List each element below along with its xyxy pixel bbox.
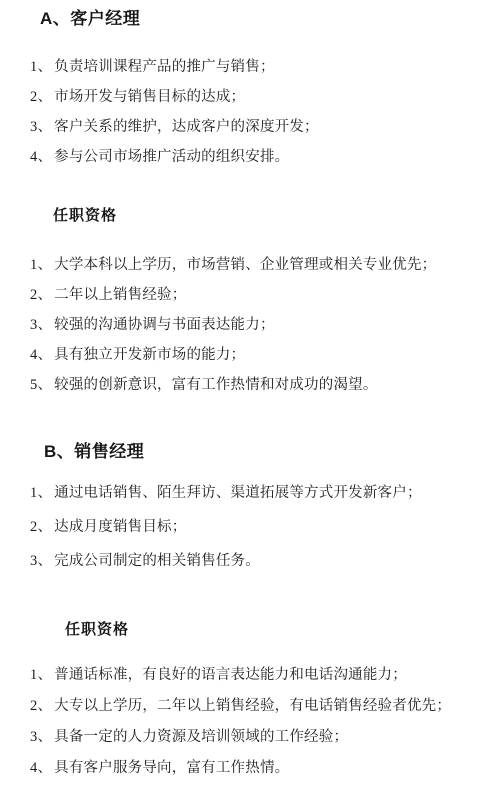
item-text: 达成月度销售目标； — [54, 510, 186, 544]
item-text: 参与公司市场推广活动的组织安排。 — [54, 142, 289, 172]
list-item: 3、 完成公司制定的相关销售任务。 — [30, 544, 478, 578]
item-text: 客户关系的维护，达成客户的深度开发； — [54, 112, 319, 142]
list-item: 4、 具有客户服务导向，富有工作热情。 — [30, 753, 478, 784]
item-number: 3、 — [30, 544, 52, 578]
item-text: 较强的沟通协调与书面表达能力； — [54, 310, 275, 340]
item-text: 负责培训课程产品的推广与销售； — [54, 52, 275, 82]
section-b-duty-list: 1、 通过电话销售、陌生拜访、渠道拓展等方式开发新客户； 2、 达成月度销售目标… — [0, 476, 484, 578]
item-number: 1、 — [30, 250, 52, 280]
list-item: 1、 通过电话销售、陌生拜访、渠道拓展等方式开发新客户； — [30, 476, 478, 510]
document-page: A、客户经理 1、 负责培训课程产品的推广与销售； 2、 市场开发与销售目标的达… — [0, 0, 484, 785]
item-text: 具有客户服务导向，富有工作热情。 — [54, 753, 289, 784]
list-item: 1、 大学本科以上学历，市场营销、企业管理或相关专业优先； — [30, 250, 478, 280]
item-text: 具有独立开发新市场的能力； — [54, 340, 245, 370]
list-item: 5、 较强的创新意识，富有工作热情和对成功的渴望。 — [30, 370, 478, 400]
item-text: 市场开发与销售目标的达成； — [54, 82, 245, 112]
item-number: 5、 — [30, 370, 52, 400]
item-text: 大专以上学历，二年以上销售经验，有电话销售经验者优先； — [54, 691, 451, 722]
item-text: 较强的创新意识，富有工作热情和对成功的渴望。 — [54, 370, 377, 400]
item-number: 3、 — [30, 112, 52, 142]
item-number: 3、 — [30, 310, 52, 340]
list-item: 4、 参与公司市场推广活动的组织安排。 — [30, 142, 478, 172]
list-item: 2、 达成月度销售目标； — [30, 510, 478, 544]
item-number: 2、 — [30, 691, 52, 722]
item-number: 1、 — [30, 476, 52, 510]
list-item: 4、 具有独立开发新市场的能力； — [30, 340, 478, 370]
item-number: 1、 — [30, 660, 52, 691]
item-number: 4、 — [30, 340, 52, 370]
list-item: 2、 市场开发与销售目标的达成； — [30, 82, 478, 112]
item-number: 2、 — [30, 510, 52, 544]
list-item: 2、 二年以上销售经验； — [30, 280, 478, 310]
item-text: 二年以上销售经验； — [54, 280, 186, 310]
section-a-qualifications-list: 1、 大学本科以上学历，市场营销、企业管理或相关专业优先； 2、 二年以上销售经… — [0, 250, 484, 400]
item-number: 1、 — [30, 52, 52, 82]
item-number: 2、 — [30, 82, 52, 112]
item-text: 普通话标准，有良好的语言表达能力和电话沟通能力； — [54, 660, 407, 691]
item-text: 大学本科以上学历，市场营销、企业管理或相关专业优先； — [54, 250, 436, 280]
item-number: 4、 — [30, 753, 52, 784]
item-number: 3、 — [30, 722, 52, 753]
item-text: 具备一定的人力资源及培训领域的工作经验； — [54, 722, 348, 753]
list-item: 3、 具备一定的人力资源及培训领域的工作经验； — [30, 722, 478, 753]
item-number: 2、 — [30, 280, 52, 310]
section-b-heading: B、销售经理 — [0, 440, 484, 464]
item-number: 4、 — [30, 142, 52, 172]
section-a-heading: A、客户经理 — [0, 8, 484, 30]
section-b-qualifications-list: 1、 普通话标准，有良好的语言表达能力和电话沟通能力； 2、 大专以上学历，二年… — [0, 660, 484, 784]
section-a-duty-list: 1、 负责培训课程产品的推广与销售； 2、 市场开发与销售目标的达成； 3、 客… — [0, 52, 484, 172]
list-item: 1、 负责培训课程产品的推广与销售； — [30, 52, 478, 82]
list-item: 2、 大专以上学历，二年以上销售经验，有电话销售经验者优先； — [30, 691, 478, 722]
item-text: 完成公司制定的相关销售任务。 — [54, 544, 260, 578]
section-a-qualifications-heading: 任职资格 — [0, 206, 484, 226]
list-item: 3、 客户关系的维护，达成客户的深度开发； — [30, 112, 478, 142]
item-text: 通过电话销售、陌生拜访、渠道拓展等方式开发新客户； — [54, 476, 422, 510]
section-b-qualifications-heading: 任职资格 — [0, 620, 484, 640]
list-item: 3、 较强的沟通协调与书面表达能力； — [30, 310, 478, 340]
list-item: 1、 普通话标准，有良好的语言表达能力和电话沟通能力； — [30, 660, 478, 691]
